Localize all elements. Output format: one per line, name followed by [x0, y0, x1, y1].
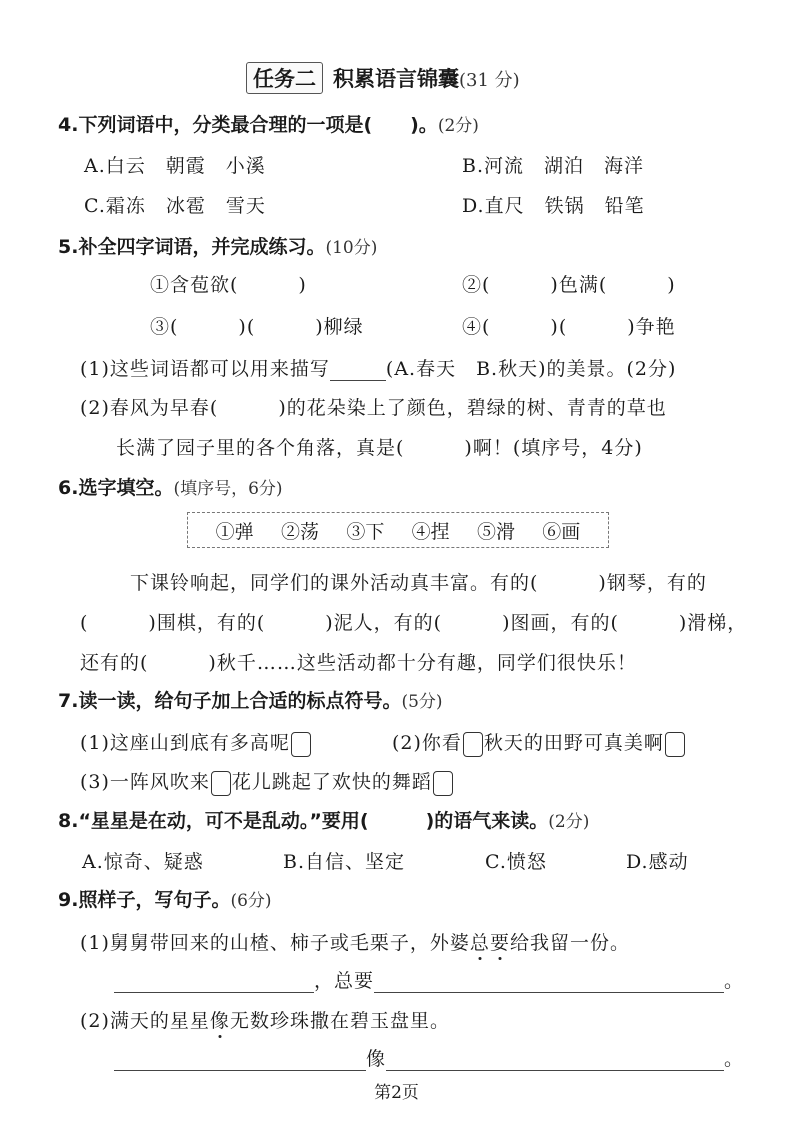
q5-idiom-4: ④( )( )争艳: [462, 312, 676, 339]
q6-paragraph-line-1: 下课铃响起，同学们的课外活动真丰富。有的( )钢琴，有的: [130, 568, 707, 595]
q9-answer-1: ，总要。: [114, 966, 744, 993]
punctuation-box[interactable]: [291, 732, 311, 757]
q5-idiom-3: ③( )( )柳绿: [150, 312, 364, 339]
punctuation-box[interactable]: [665, 732, 685, 757]
q7-sentence-2: (2)你看秋天的田野可真美啊: [392, 728, 686, 757]
page-number: 第2页: [0, 1078, 793, 1103]
q8-option-c: C.愤怒: [485, 847, 547, 874]
q6-paragraph-line-3: 还有的( )秋千……这些活动都十分有趣，同学们很快乐！: [80, 648, 637, 675]
q5-idiom-2: ②( )色满( ): [462, 270, 676, 297]
q4-option-c: C.霜冻 冰雹 雪天: [84, 191, 266, 218]
punctuation-box[interactable]: [211, 771, 231, 796]
q4-option-d: D.直尺 铁锅 铅笔: [462, 191, 645, 218]
choice-3: ③下: [346, 517, 384, 544]
answer-blank[interactable]: [114, 972, 314, 993]
q8-option-a: A.惊奇、疑惑: [82, 847, 204, 874]
choice-4: ④捏: [412, 517, 450, 544]
choice-2: ②荡: [281, 517, 319, 544]
answer-blank[interactable]: [114, 1050, 366, 1071]
answer-blank[interactable]: [330, 360, 386, 381]
q4-option-a: A.白云 朝霞 小溪: [84, 151, 266, 178]
q5-sub-1: (1)这些词语都可以用来描写(A.春天 B.秋天)的美景。(2分): [80, 354, 676, 381]
q4-option-b: B.河流 湖泊 海洋: [462, 151, 644, 178]
task-label: 任务二: [246, 62, 323, 94]
section-header: 任务二积累语言锦囊(31 分): [246, 62, 520, 94]
question-8-title: 8.“星星是在动，可不是乱动。”要用( )的语气来读。(2分): [58, 806, 589, 833]
q9-example-1: (1)舅舅带回来的山楂、柿子或毛栗子，外婆总要给我留一份。: [80, 928, 630, 955]
q5-sub-2-line-2: 长满了园子里的各个角落，真是( )啊！(填序号，4分): [116, 433, 643, 460]
question-9-title: 9.照样子，写句子。(6分): [58, 885, 272, 912]
emphasis-word: 要: [490, 932, 510, 954]
question-7-title: 7.读一读，给句子加上合适的标点符号。(5分): [58, 686, 443, 713]
question-4-title: 4.下列词语中，分类最合理的一项是( )。(2分): [58, 110, 479, 137]
section-name: 积累语言锦囊: [333, 67, 459, 91]
q5-sub-2-line-1: (2)春风为早春( )的花朵染上了颜色，碧绿的树、青青的草也: [80, 393, 667, 420]
choice-5: ⑤滑: [477, 517, 515, 544]
q6-paragraph-line-2: ( )围棋，有的( )泥人，有的( )图画，有的( )滑梯，: [80, 608, 747, 635]
word-choice-box: ①弹 ②荡 ③下 ④捏 ⑤滑 ⑥画: [187, 512, 609, 548]
q7-sentence-3: (3)一阵风吹来花儿跳起了欢快的舞蹈: [80, 767, 454, 796]
q9-answer-2: 像。: [114, 1044, 744, 1071]
q5-idiom-1: ①含苞欲( ): [150, 270, 307, 297]
punctuation-box[interactable]: [463, 732, 483, 757]
q7-sentence-1: (1)这座山到底有多高呢: [80, 728, 312, 757]
section-points: (31 分): [459, 70, 520, 91]
answer-blank[interactable]: [386, 1050, 724, 1071]
emphasis-word: 像: [210, 1010, 230, 1032]
question-5-title: 5.补全四字词语，并完成练习。(10分): [58, 232, 377, 259]
q8-option-d: D.感动: [626, 847, 689, 874]
q9-example-2: (2)满天的星星像无数珍珠撒在碧玉盘里。: [80, 1006, 450, 1033]
choice-6: ⑥画: [542, 517, 580, 544]
emphasis-word: 总: [470, 932, 490, 954]
q8-option-b: B.自信、坚定: [283, 847, 405, 874]
answer-blank[interactable]: [374, 972, 724, 993]
question-6-title: 6.选字填空。(填序号，6分): [58, 473, 283, 500]
punctuation-box[interactable]: [433, 771, 453, 796]
choice-1: ①弹: [216, 517, 254, 544]
